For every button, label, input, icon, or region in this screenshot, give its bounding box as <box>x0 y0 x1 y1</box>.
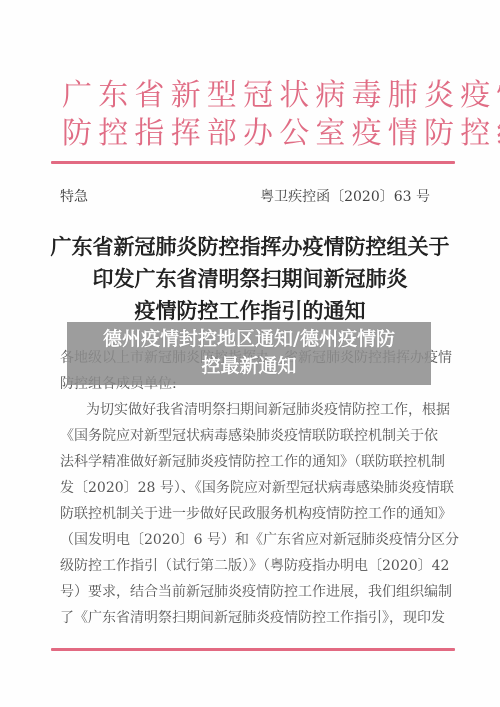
body-line: 法科学精准做好新冠肺炎疫情防控工作的通知》（联防联控机制 <box>60 452 432 472</box>
letterhead-divider <box>51 161 455 164</box>
caption-line-1: 德州疫情封控地区通知/德州疫情防 <box>67 326 431 353</box>
document-page: 广东省新型冠状病毒肺炎疫情 防控指挥部办公室疫情防控组 特急 粤卫疾控函〔202… <box>0 0 500 707</box>
body-line: 级防控工作指引（试行第二版）》（粤防疫指办明电〔2020〕42 <box>60 556 432 576</box>
letterhead-line-1: 广东省新型冠状病毒肺炎疫情 <box>62 78 442 114</box>
letterhead-line-2: 防控指挥部办公室疫情防控组 <box>62 116 442 152</box>
body-line: 为切实做好我省清明祭扫期间新冠肺炎疫情防控工作，根据 <box>86 400 432 420</box>
footer-divider <box>51 648 455 651</box>
body-line: 号）要求，结合当前新冠肺炎疫情防控工作进展，我们组织编制 <box>60 582 432 602</box>
body-line: 《国务院应对新型冠状病毒感染肺炎疫情联防联控机制关于依 <box>60 426 432 446</box>
body-line: 了《广东省清明祭扫期间新冠肺炎疫情防控工作指引》，现印发 <box>60 608 432 628</box>
document-title-line-1: 广东省新冠肺炎防控指挥办疫情防控组关于 <box>0 232 500 262</box>
caption-overlay: 德州疫情封控地区通知/德州疫情防 控最新通知 <box>67 322 431 380</box>
document-title-line-2: 印发广东省清明祭扫期间新冠肺炎 <box>0 264 500 294</box>
body-line: 发〔2020〕28 号）、《国务院应对新型冠状病毒感染肺炎疫情联 <box>60 478 432 498</box>
body-line: 防联控机制关于进一步做好民政服务机构疫情防控工作的通知》 <box>60 504 432 524</box>
document-number: 粤卫疾控函〔2020〕63 号 <box>260 186 430 206</box>
body-line: （国发明电〔2020〕6 号）和《广东省应对新冠肺炎疫情分区分 <box>60 530 432 550</box>
urgency-label: 特急 <box>60 186 88 206</box>
caption-line-2: 控最新通知 <box>67 353 431 380</box>
